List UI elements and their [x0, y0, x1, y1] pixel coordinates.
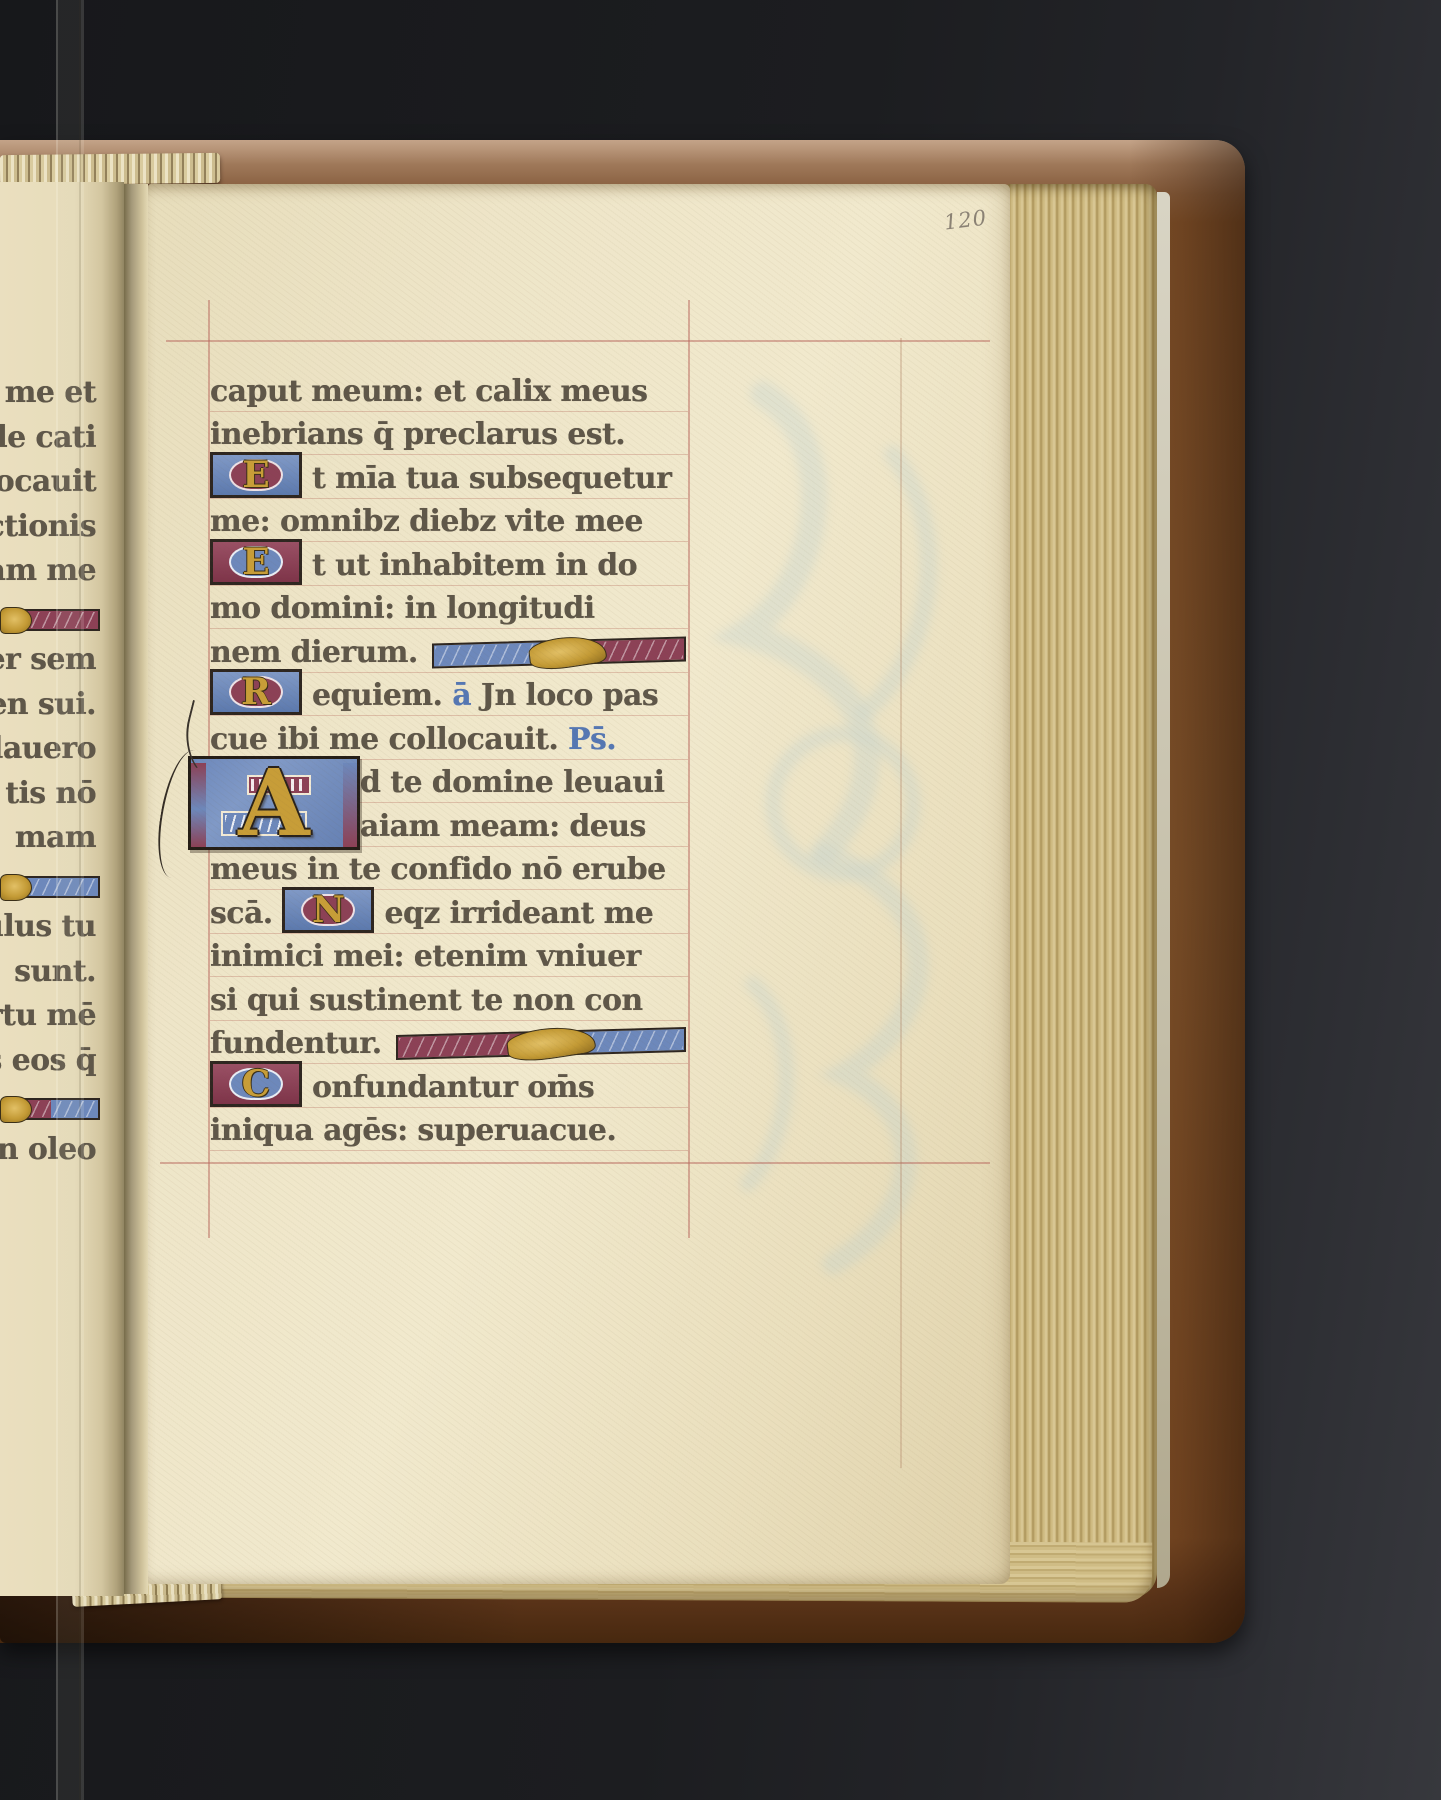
fore-edge-page-stack [1005, 184, 1157, 1598]
initial-letter: R [241, 674, 271, 710]
text-line: fundentur. [210, 1021, 688, 1065]
gothic-text: me: omnibz diebz vite mee [210, 503, 643, 541]
gothic-text: inebrians q̄ preclarus est. [210, 416, 625, 454]
show-through-decoration [693, 334, 1003, 1374]
text-line: nem dierum. [210, 629, 688, 673]
illuminated-initial-E: E [210, 452, 302, 498]
text-line: inebrians q̄ preclarus est. [210, 412, 688, 456]
ruling-line [900, 338, 902, 1468]
initial-letter: C [242, 1066, 271, 1102]
gothic-text: scā. [210, 895, 282, 933]
text-line: inimici mei: etenim vniuer [210, 934, 688, 978]
text-line: mo domini: in longitudi [210, 586, 688, 630]
endpaper-strip [1157, 192, 1170, 1588]
gothic-text: aiam meam: deus [360, 808, 646, 846]
gothic-text: onfundantur om̄s [312, 1069, 594, 1107]
gothic-text: Jn loco pas [471, 677, 658, 715]
text-line: Confundantur om̄s [210, 1064, 688, 1108]
text-line: Requiem. ā Jn loco pas [210, 673, 688, 717]
gothic-text: nem dierum. [210, 634, 418, 672]
ruling-line [688, 300, 690, 1238]
book: at me etde catillocauitfectionisam meer … [0, 140, 1245, 1643]
manuscript-page: 120 A caput meum: et calix [148, 184, 1010, 1584]
ruling-line [160, 1162, 990, 1164]
gothic-text: iniqua agēs: superuacue. [210, 1112, 616, 1150]
blue-rubric: ā [452, 677, 471, 715]
gothic-text: fundentur. [210, 1025, 382, 1063]
line-filler [2, 1098, 100, 1120]
line-filler [2, 609, 100, 631]
illuminated-initial-R: R [210, 669, 302, 715]
folio-number: 120 [943, 205, 989, 234]
illuminated-initial-N: N [282, 887, 374, 933]
gothic-text: d te domine leuaui [360, 764, 664, 802]
gothic-text: mo domini: in longitudi [210, 590, 595, 628]
gothic-text: inimici mei: etenim vniuer [210, 938, 641, 976]
gothic-text: equiem. [312, 677, 452, 715]
initial-letter: N [312, 892, 345, 928]
text-line: iniqua agēs: superuacue. [210, 1108, 688, 1152]
line-filler [396, 1027, 686, 1060]
illuminated-initial-C: C [210, 1061, 302, 1107]
ruling-line [166, 340, 990, 342]
initial-letter: E [242, 457, 269, 493]
gothic-text: t mīa tua subsequetur [312, 460, 671, 498]
text-line: Et mīa tua subsequetur [210, 455, 688, 499]
illuminated-initial-E: E [210, 539, 302, 585]
photo-background: { "artifact": { "type_label": "illuminat… [0, 0, 1441, 1800]
initial-letter: E [242, 544, 269, 580]
text-line: Et ut inhabitem in do [210, 542, 688, 586]
gothic-text: caput meum: et calix meus [210, 373, 647, 411]
line-filler [2, 876, 100, 898]
gutter-shadow [124, 184, 148, 1594]
text-block: A caput meum: et calix meusinebrians q̄ … [210, 368, 688, 1151]
gothic-text: si qui sustinent te non con [210, 982, 643, 1020]
text-line: caput meum: et calix meus [210, 368, 688, 412]
line-filler [432, 636, 686, 668]
gothic-text: t ut inhabitem in do [312, 547, 637, 585]
text-line: scā. Neqz irrideant me [210, 890, 688, 934]
headband [0, 153, 220, 185]
book-cradle-strip [56, 0, 84, 1800]
blue-rubric: Ps̄. [568, 721, 616, 759]
gothic-text: eqz irrideant me [384, 895, 653, 933]
text-line: me: omnibz diebz vite mee [210, 499, 688, 543]
text-line: si qui sustinent te non con [210, 977, 688, 1021]
